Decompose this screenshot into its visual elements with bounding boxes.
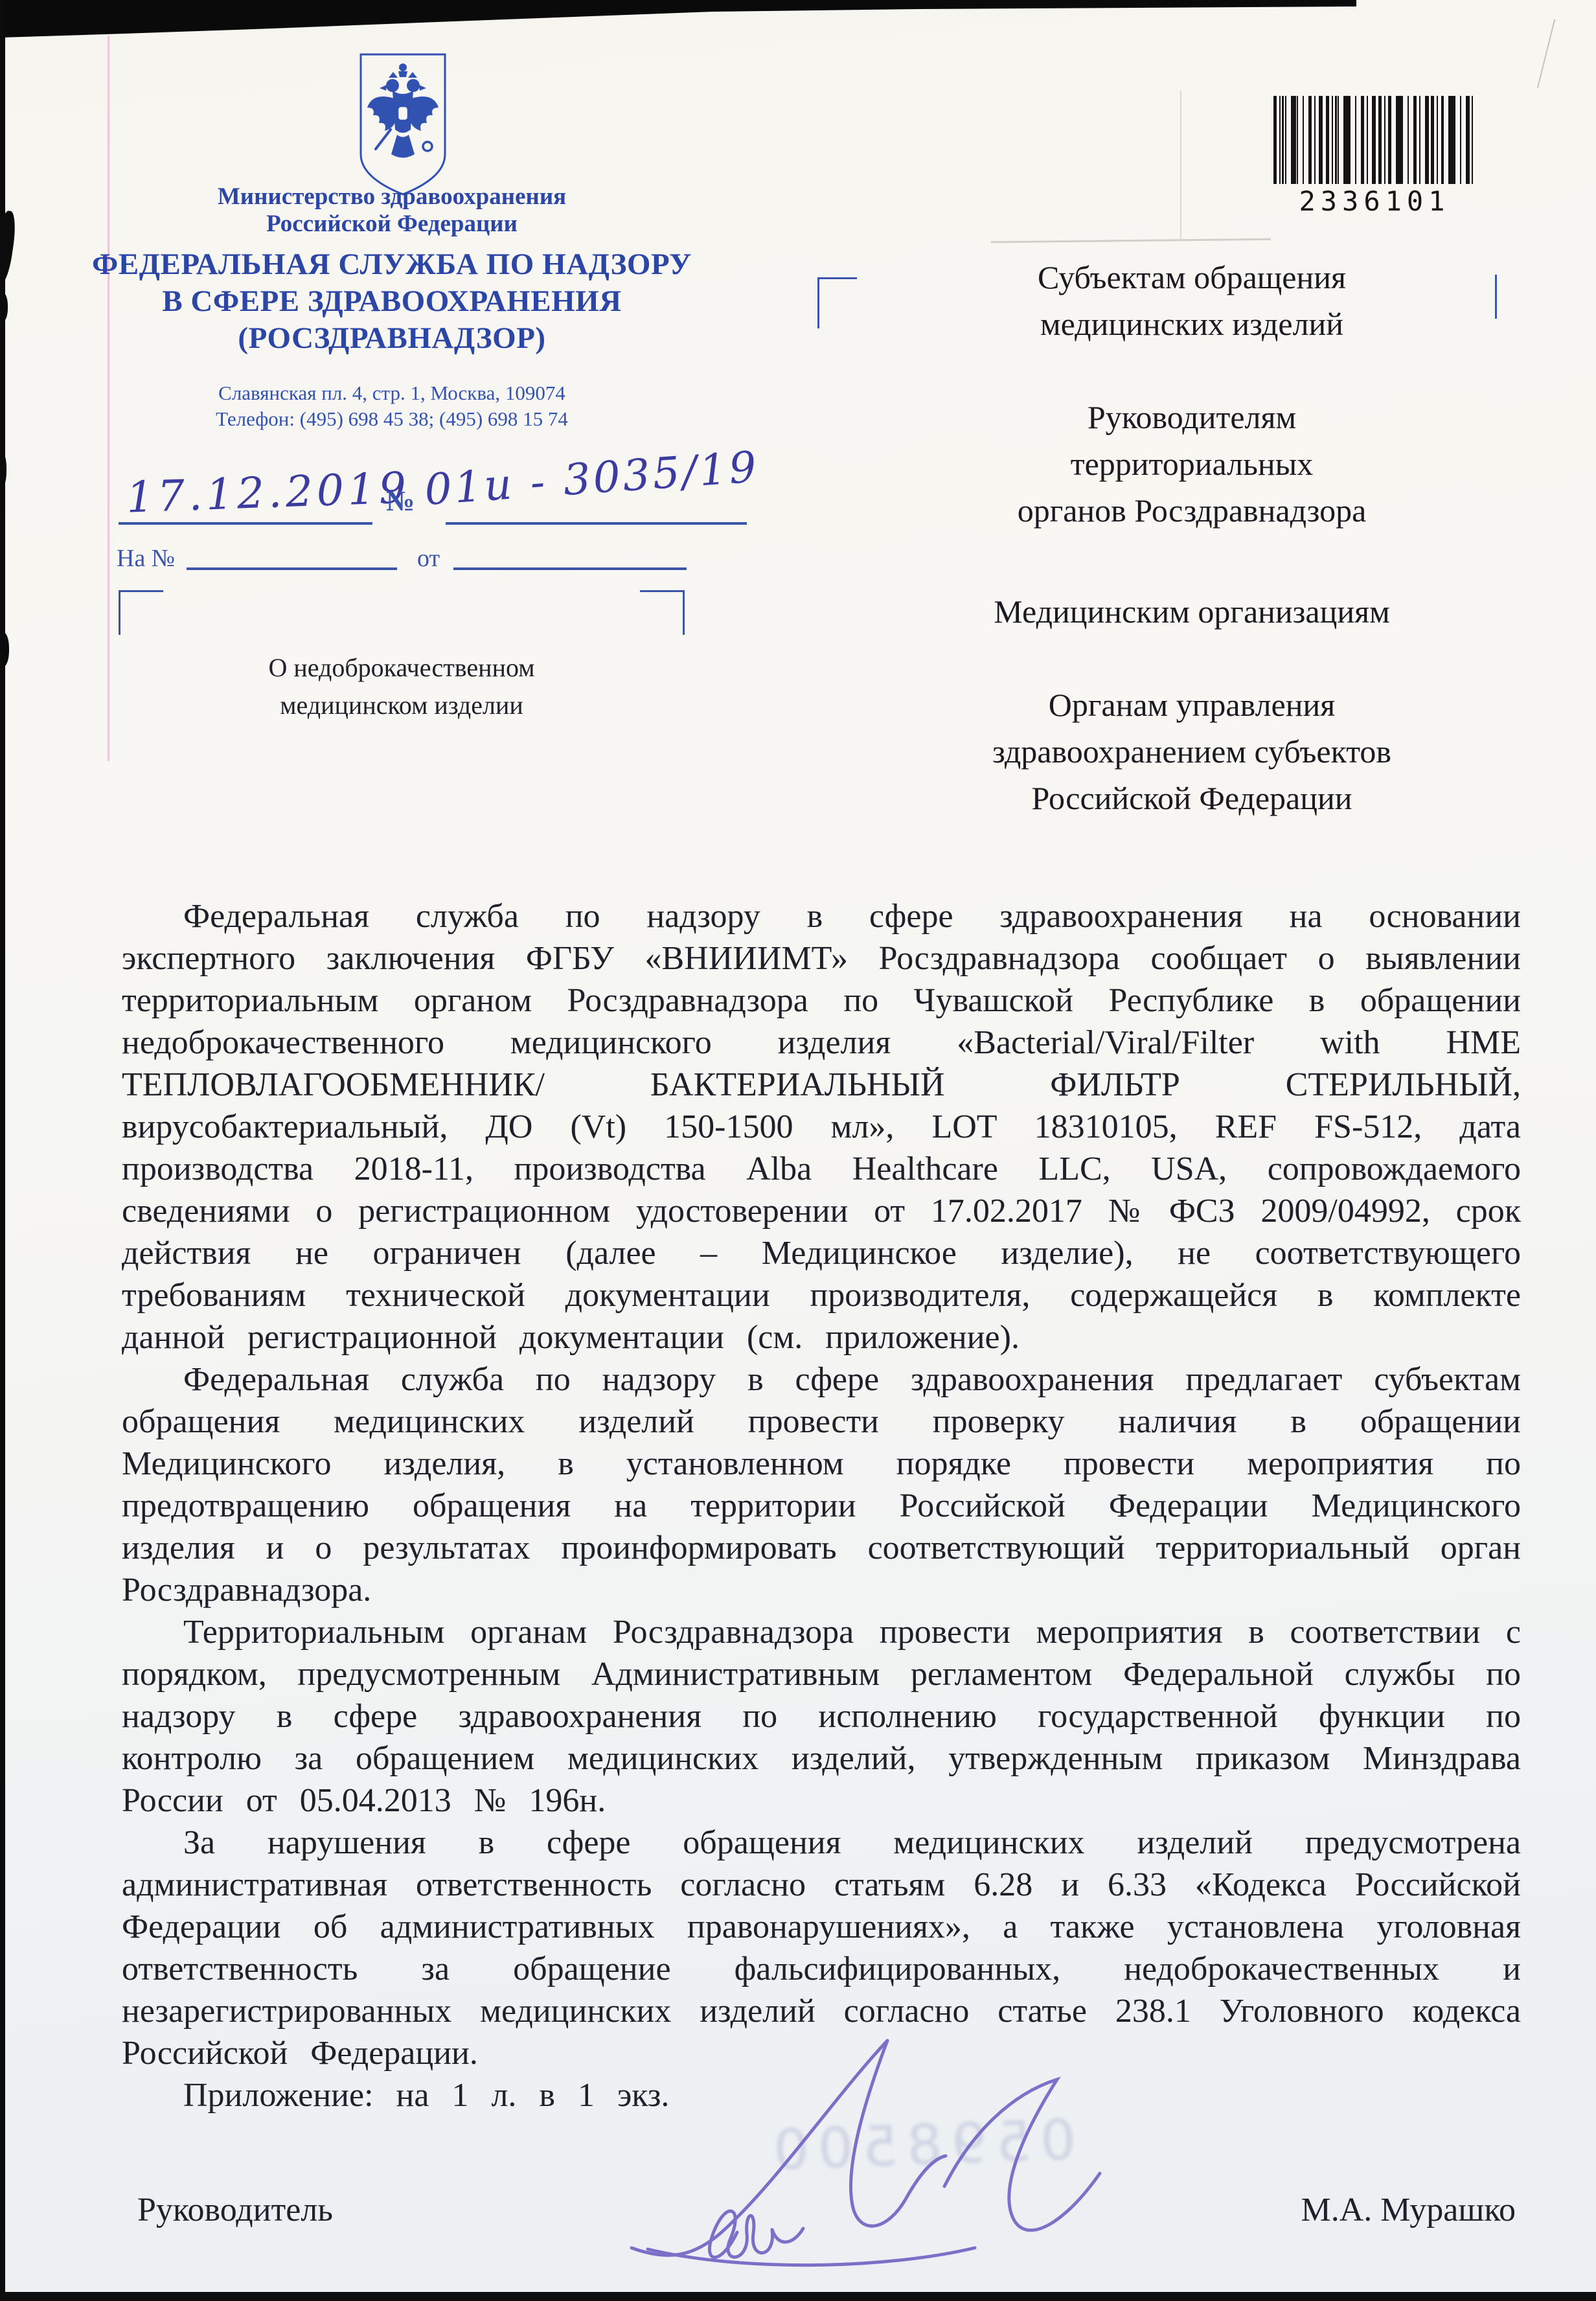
handwritten-outgoing-date: 17.12.2019 xyxy=(126,463,411,522)
scan-blob xyxy=(0,632,9,667)
agency-address-phone: Славянская пл. 4, стр. 1, Москва, 109074… xyxy=(71,380,712,432)
number-sign: № xyxy=(386,485,415,518)
signer-title: Руководитель xyxy=(137,2191,333,2229)
scan-blob xyxy=(0,293,8,321)
registration-barcode: 2336101 xyxy=(1273,96,1476,217)
recipient-territorial-heads: Руководителям территориальных органов Ро… xyxy=(868,394,1516,534)
date-underline xyxy=(119,522,372,525)
recipient-medical-organizations: Медицинским организациям xyxy=(868,588,1516,635)
scan-paper-edge xyxy=(1537,19,1556,88)
letter-subject: О недоброкачественном медицинском издели… xyxy=(207,649,596,724)
ministry-name: Министерство здравоохранения Российской … xyxy=(71,183,712,238)
reply-date-underline xyxy=(453,567,687,570)
in-reply-to-label: На № xyxy=(117,544,175,573)
subject-corner-mark-right xyxy=(640,590,685,635)
body-paragraph-1: Федеральная служба по надзору в сфере зд… xyxy=(122,895,1521,1358)
signer-name: М.А. Мурашко xyxy=(1257,2191,1516,2229)
from-date-label: от xyxy=(417,544,440,573)
handwritten-outgoing-number: 01и - 3035/19 xyxy=(423,442,760,515)
scan-edge-left xyxy=(0,0,5,2301)
scanned-letter-page: Министерство здравоохранения Российской … xyxy=(0,0,1596,2301)
scan-blob xyxy=(0,453,6,486)
coat-of-arms-icon xyxy=(354,51,451,203)
handwritten-signature xyxy=(609,2034,1127,2296)
barcode-bars xyxy=(1273,96,1476,184)
scan-blob xyxy=(0,210,18,286)
body-paragraph-3: Территориальным органам Росздравнадзора … xyxy=(122,1611,1521,1822)
scan-grey-line xyxy=(991,238,1271,244)
recipient-health-authorities: Органам управления здравоохранением субъ… xyxy=(868,681,1516,821)
body-paragraph-2: Федеральная служба по надзору в сфере зд… xyxy=(122,1358,1521,1611)
barcode-number: 2336101 xyxy=(1273,185,1476,217)
scan-grey-line-vertical xyxy=(1180,91,1181,241)
letter-body: Федеральная служба по надзору в сфере зд… xyxy=(122,895,1521,2116)
scan-edge-top xyxy=(0,0,1596,39)
addressee-corner-mark-left xyxy=(817,277,857,328)
reply-number-underline xyxy=(187,567,397,570)
subject-corner-mark-left xyxy=(119,590,163,635)
number-underline xyxy=(446,522,747,525)
recipient-subjects-of-circulation: Субъектам обращения медицинских изделий xyxy=(868,254,1516,347)
agency-name: ФЕДЕРАЛЬНАЯ СЛУЖБА ПО НАДЗОРУ В СФЕРЕ ЗД… xyxy=(71,246,712,357)
